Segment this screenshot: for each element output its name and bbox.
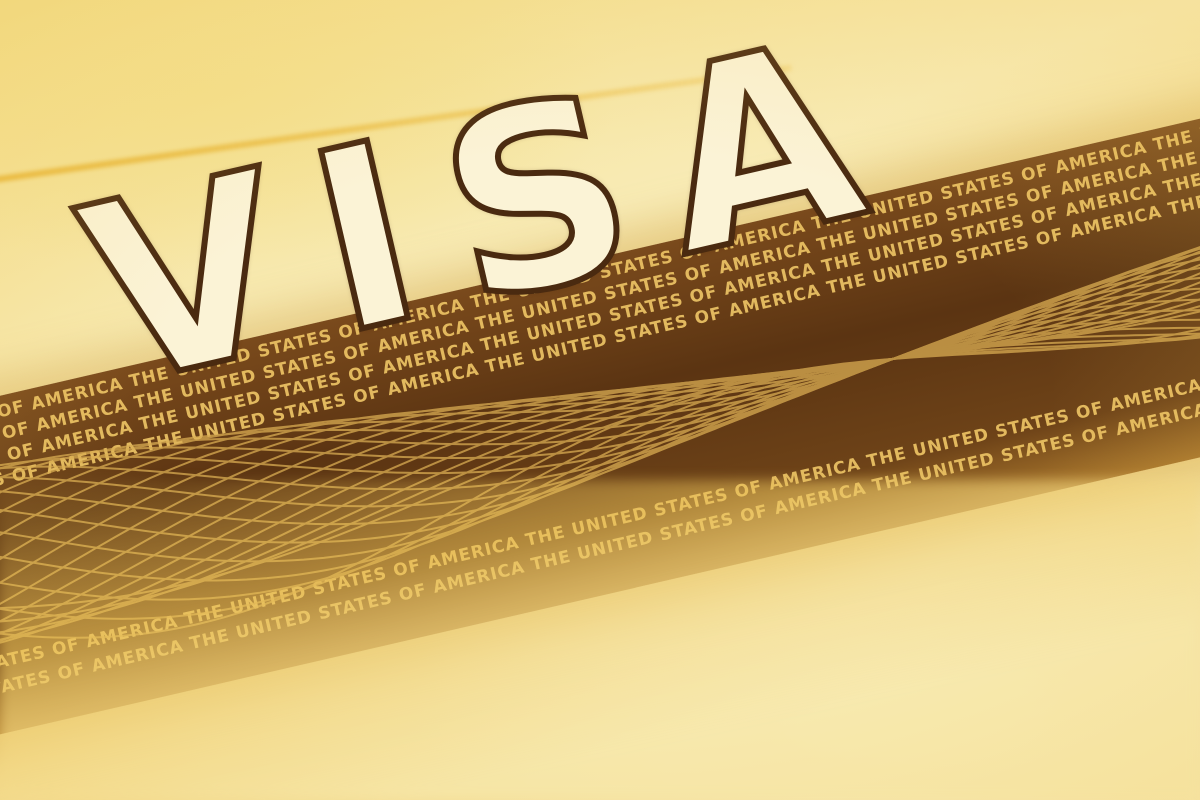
visa-photo: THE UNITED STATES OF AMERICA THE UNITED …	[0, 0, 1200, 800]
